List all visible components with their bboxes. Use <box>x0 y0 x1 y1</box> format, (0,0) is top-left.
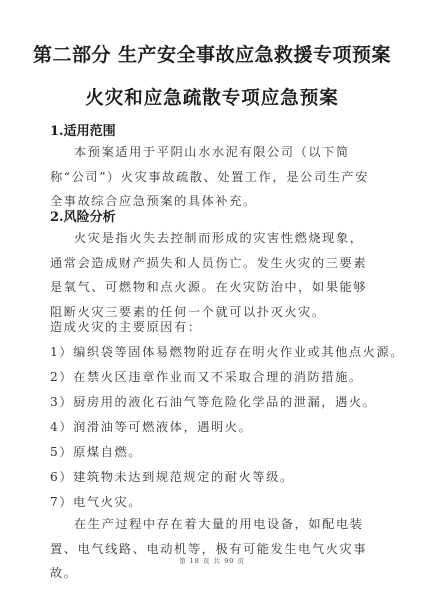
section-heading-scope: 1.适用范围 <box>50 120 116 139</box>
cause-item: 3）厨房用的液化石油气等危险化学品的泄漏，遇火。 <box>50 393 376 410</box>
risk-paragraph: 火灾是指火失去控制而形成的灾害性燃烧现象，通常会造成财产损失和人员伤亡。发生火灾… <box>50 226 376 324</box>
cause-item: 6）建筑物未达到规范规定的耐火等级。 <box>50 468 294 485</box>
scope-paragraph: 本预案适用于平阴山水水泥有限公司（以下简称“公司”）火灾事故疏散、处置工作，是公… <box>50 140 376 214</box>
part-title: 第二部分 生产安全事故应急救援专项预案 <box>0 40 424 67</box>
closing-paragraph: 在生产过程中存在着大量的用电设备，如配电装置、电气线路、电动机等，极有可能发生电… <box>50 512 376 586</box>
plan-title: 火灾和应急疏散专项应急预案 <box>0 84 424 110</box>
cause-item: 7）电气火灾。 <box>50 493 142 510</box>
cause-item: 4）润滑油等可燃液体，遇明火。 <box>50 418 252 435</box>
page-number: 第 18 页 共 90 页 <box>0 556 424 565</box>
cause-item: 5）原煤自燃。 <box>50 443 142 460</box>
cause-item: 2）在禁火区违章作业而又不采取合理的消防措施。 <box>50 368 363 385</box>
section-heading-risk: 2.风险分析 <box>50 206 116 225</box>
causes-intro: 造成火灾的主要原因有： <box>50 318 202 335</box>
cause-item: 1）编织袋等固体易燃物附近存在明火作业或其他点火源。 <box>50 343 404 360</box>
